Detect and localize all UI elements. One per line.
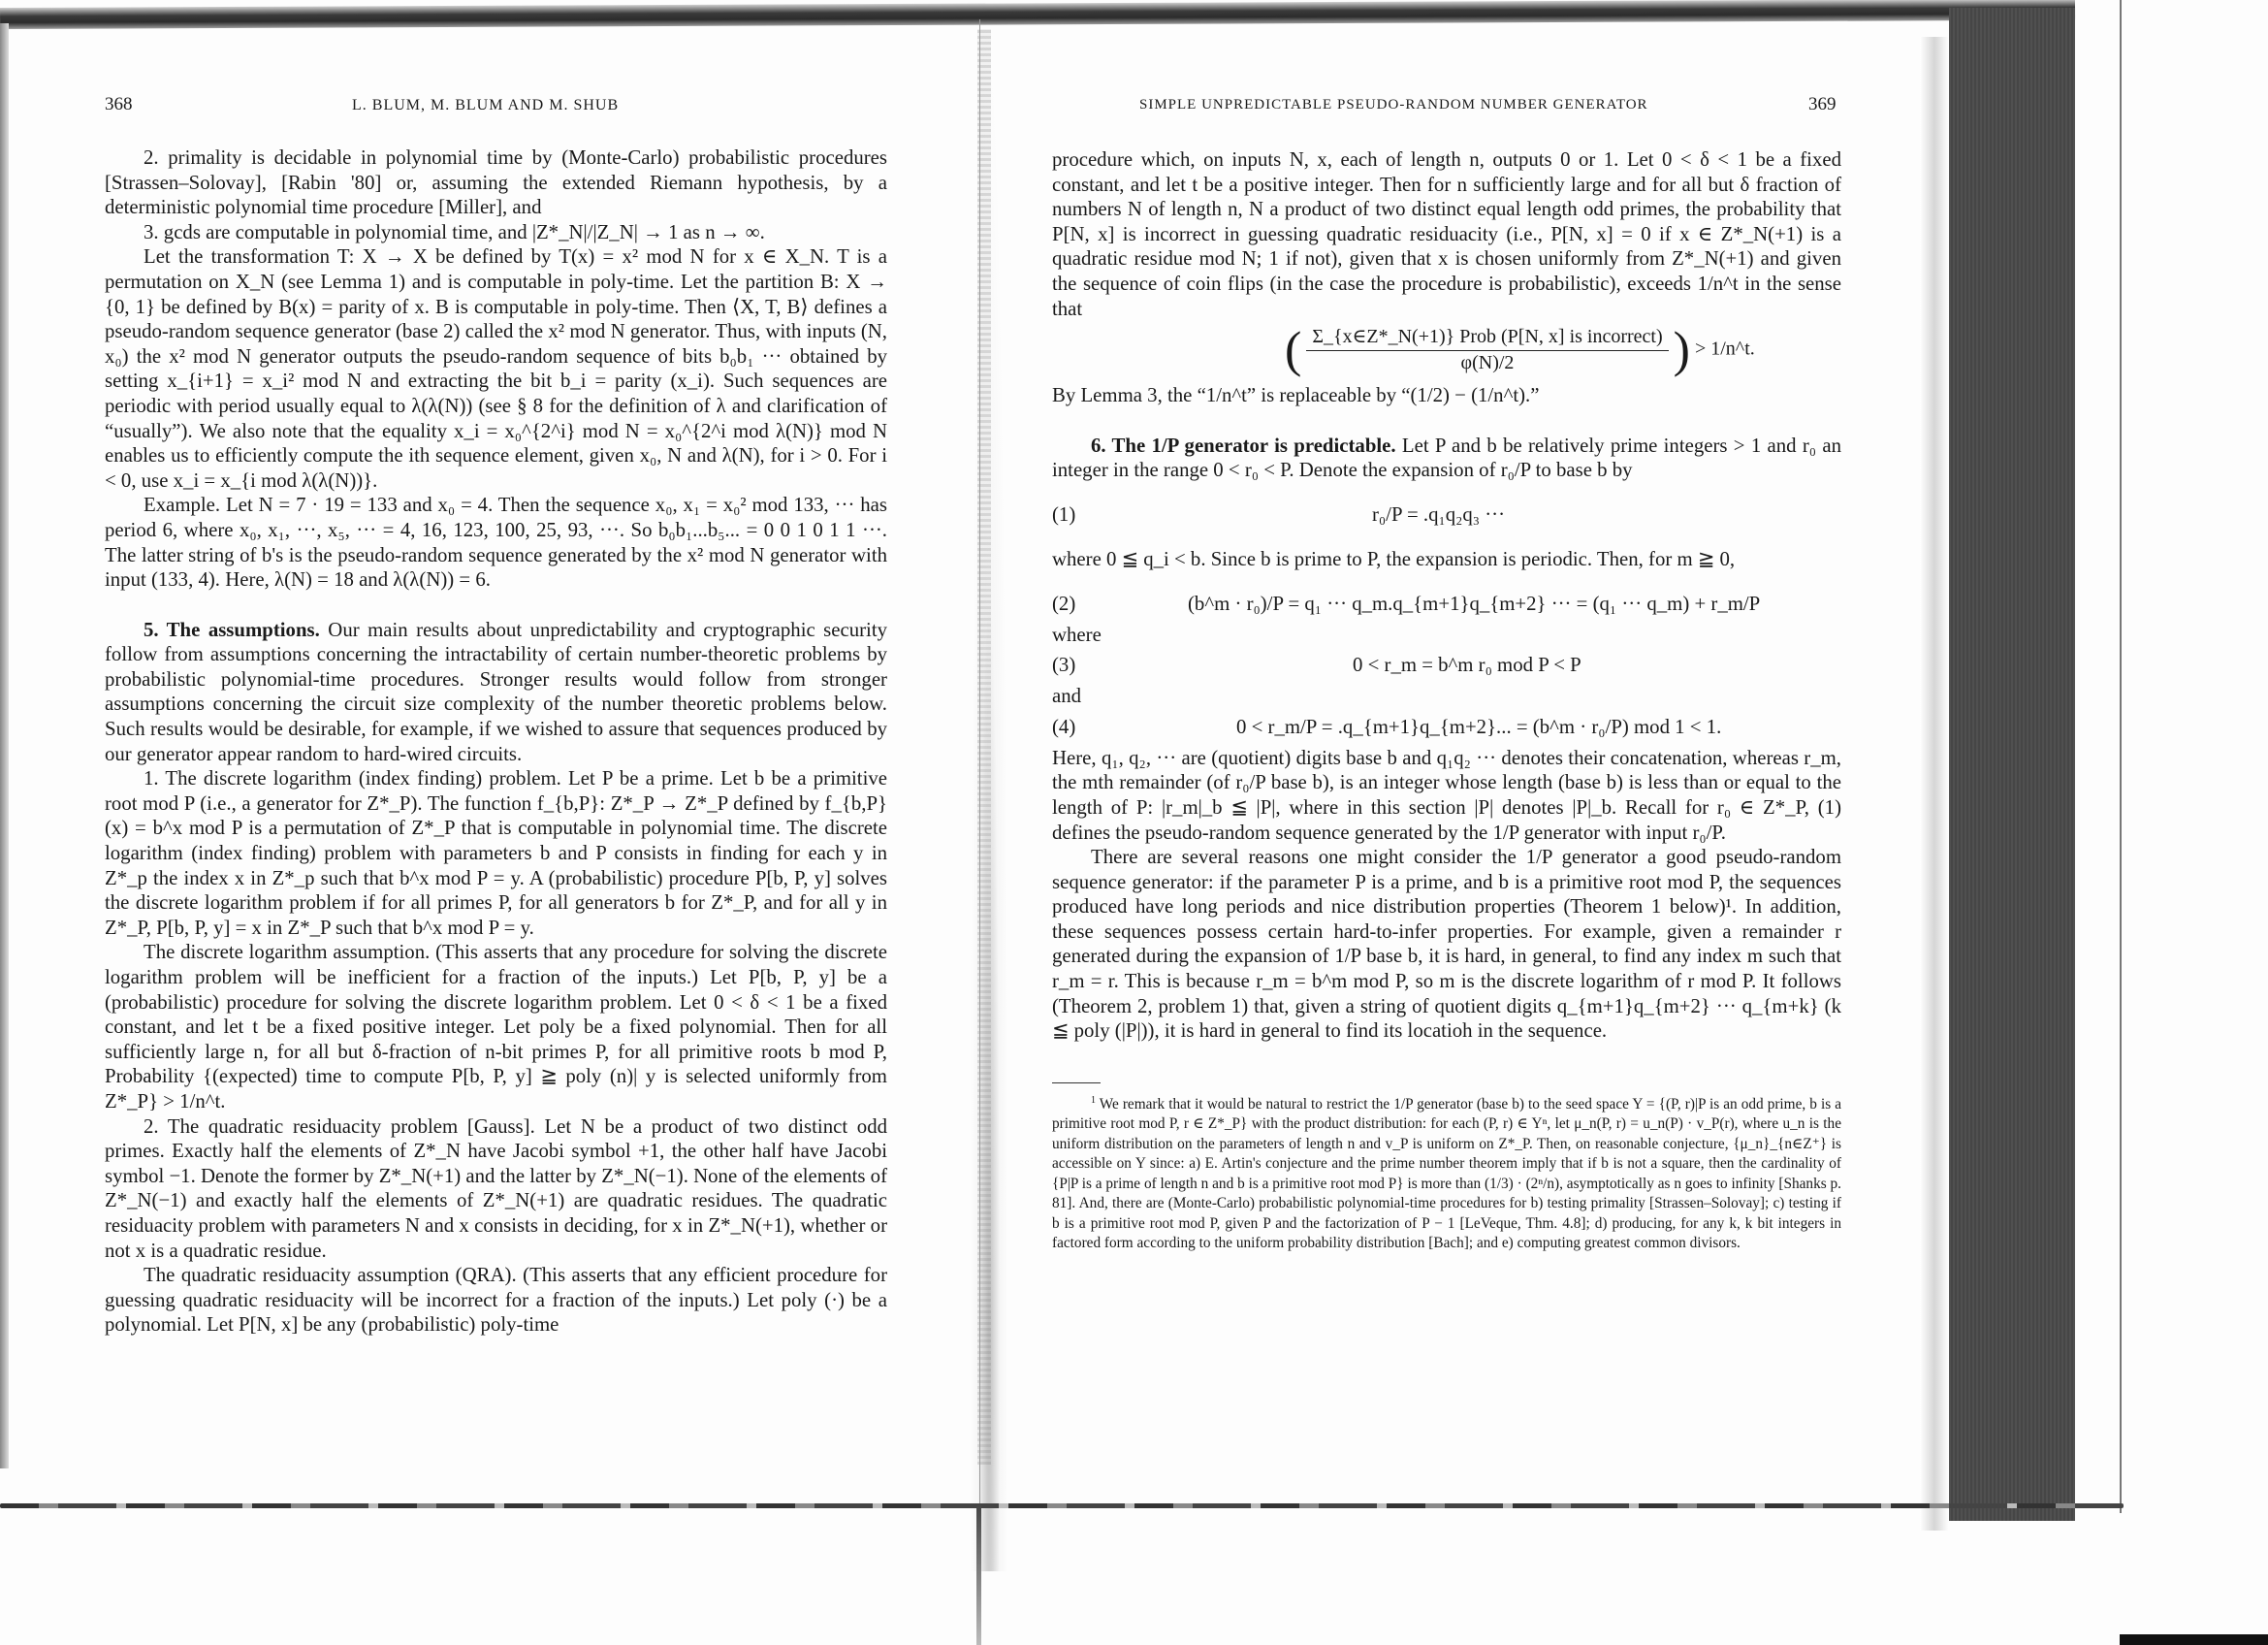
equation-content: 0 < r_m/P = .q_{m+1}q_{m+2}... = (b^m · …: [1236, 715, 1721, 740]
section-5-heading: 5. The assumptions.: [144, 619, 320, 641]
paragraph-item-2: 2. primality is decidable in polynomial …: [105, 145, 887, 220]
equation-label: (2): [1052, 592, 1075, 617]
footnote-rule: [1052, 1082, 1101, 1083]
section-6-heading: 6. The 1/P generator is predictable.: [1091, 435, 1396, 457]
equation-4: (4) 0 < r_m/P = .q_{m+1}q_{m+2}... = (b^…: [1052, 709, 1841, 746]
paragraph-transformation: Let the transformation T: X → X be defin…: [105, 244, 887, 493]
scan-bottom-right-bar: [2120, 1634, 2268, 1645]
scan-right-margin-line: [2120, 0, 2122, 1513]
section-5: 5. The assumptions. Our main results abo…: [105, 618, 887, 767]
display-equation-probability: ( Σ_{x∈Z*_N(+1)} Prob (P[N, x] is incorr…: [1052, 321, 1841, 383]
footnote-mark: 1: [1091, 1095, 1096, 1106]
running-head-authors: L. BLUM, M. BLUM AND M. SHUB: [352, 97, 619, 114]
paragraph-here: Here, q₁, q₂, ··· are (quotient) digits …: [1052, 746, 1841, 845]
paragraph-reasons: There are several reasons one might cons…: [1052, 845, 1841, 1044]
running-head-title: SIMPLE UNPREDICTABLE PSEUDO-RANDOM NUMBE…: [1139, 97, 1648, 113]
left-page-body: 2. primality is decidable in polynomial …: [105, 145, 887, 1338]
equation-content: 0 < r_m = b^m r₀ mod P < P: [1353, 653, 1581, 678]
equation-1: (1) r₀/P = .q₁q₂q₃ ···: [1052, 497, 1841, 533]
paragraph-where-qi: where 0 ≦ q_i < b. Since b is prime to P…: [1052, 547, 1841, 572]
footnote-text: We remark that it would be natural to re…: [1052, 1096, 1841, 1252]
spacer: [105, 593, 887, 618]
spine-bottom-shadow: [976, 1503, 981, 1645]
equation-label: (1): [1052, 502, 1075, 528]
spacer: [1052, 483, 1841, 497]
paragraph-discrete-log-assumption: The discrete logarithm assumption. (This…: [105, 940, 887, 1113]
spacer: [1052, 408, 1841, 434]
equation-content: r₀/P = .q₁q₂q₃ ···: [1372, 502, 1505, 528]
spacer: [1052, 533, 1841, 547]
paragraph-item-3: 3. gcds are computable in polynomial tim…: [105, 220, 887, 245]
fraction-denominator: φ(N)/2: [1306, 351, 1668, 376]
word-where: where: [1052, 623, 1841, 648]
right-paren: ): [1674, 322, 1690, 377]
book-spine-line: [979, 19, 980, 1513]
equation-2: (2) (b^m · r₀)/P = q₁ ··· q_m.q_{m+1}q_{…: [1052, 586, 1841, 623]
page-number: 368: [105, 94, 133, 115]
equation-rhs: > 1/n^t.: [1695, 339, 1755, 360]
scan-left-edge: [0, 23, 9, 1468]
equation-label: (4): [1052, 715, 1075, 740]
scan-bottom-edge: [0, 1503, 2124, 1508]
equation-3: (3) 0 < r_m = b^m r₀ mod P < P: [1052, 647, 1841, 684]
footnote-1: 1 We remark that it would be natural to …: [1052, 1091, 1841, 1254]
right-page-body: procedure which, on inputs N, x, each of…: [1052, 147, 1841, 1254]
equation-body: ( Σ_{x∈Z*_N(+1)} Prob (P[N, x] is incorr…: [1285, 325, 1755, 375]
book-gutter-shadow: [970, 19, 1008, 1571]
paragraph-qra: The quadratic residuacity assumption (QR…: [105, 1263, 887, 1338]
scan-top-shadow: [0, 0, 2075, 29]
section-6: 6. The 1/P generator is predictable. Let…: [1052, 434, 1841, 483]
left-paren: (: [1285, 322, 1301, 377]
equation-label: (3): [1052, 653, 1075, 678]
fraction-numerator: Σ_{x∈Z*_N(+1)} Prob (P[N, x] is incorrec…: [1306, 325, 1668, 351]
spacer: [1052, 572, 1841, 586]
fraction: Σ_{x∈Z*_N(+1)} Prob (P[N, x] is incorrec…: [1306, 325, 1668, 375]
equation-content: (b^m · r₀)/P = q₁ ··· q_m.q_{m+1}q_{m+2}…: [1188, 592, 1760, 617]
paragraph-lemma-3: By Lemma 3, the “1/n^t” is replaceable b…: [1052, 383, 1841, 408]
scan-right-dark-strip: [1949, 8, 2075, 1521]
page-number: 369: [1808, 94, 1837, 115]
paragraph-discrete-log-problem: 1. The discrete logarithm (index finding…: [105, 766, 887, 940]
word-and: and: [1052, 684, 1841, 709]
paragraph-qra-continuation: procedure which, on inputs N, x, each of…: [1052, 147, 1841, 321]
paragraph-quadratic-residuacity-problem: 2. The quadratic residuacity problem [Ga…: [105, 1114, 887, 1264]
paragraph-example: Example. Let N = 7 · 19 = 133 and x₀ = 4…: [105, 493, 887, 592]
